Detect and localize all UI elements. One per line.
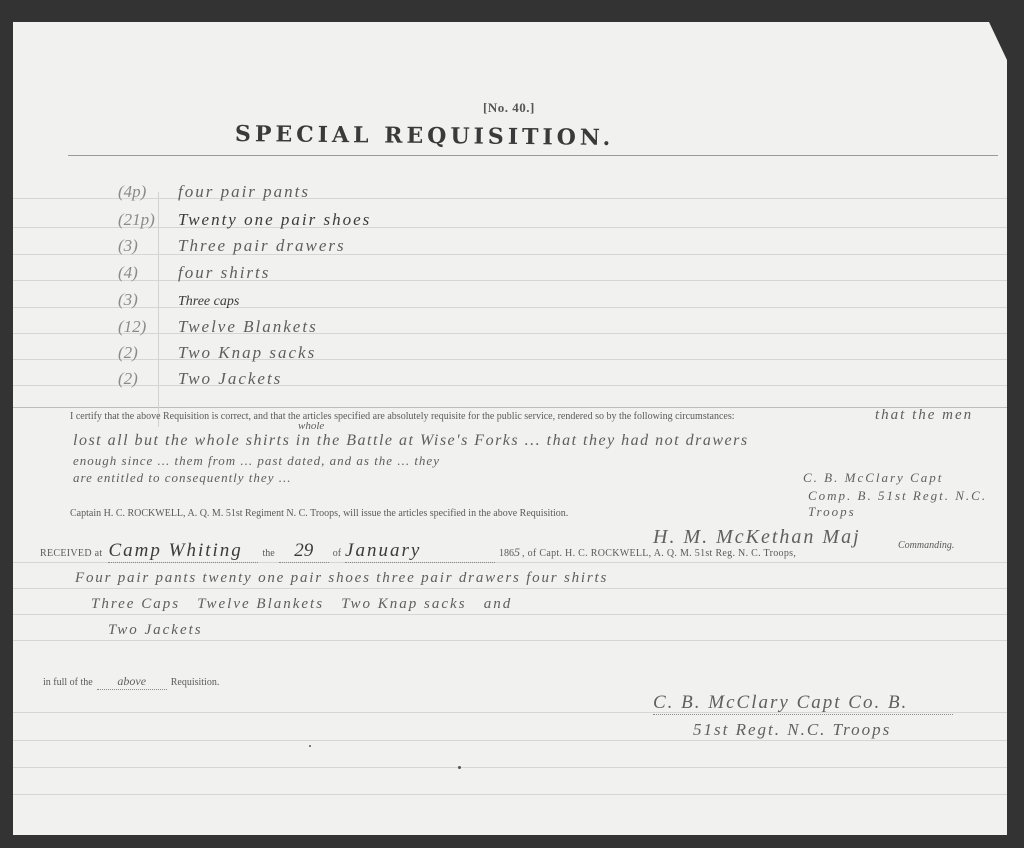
item-description: Twelve Blankets [178, 317, 318, 337]
item-description: Two Jackets [178, 369, 282, 389]
list-item: (4) four shirts [118, 263, 270, 287]
ruled-line [13, 588, 1007, 589]
certifier-unit: Comp. B. 51st Regt. N.C. Troops [808, 488, 1007, 520]
certification-statement: I certify that the above Requisition is … [70, 411, 870, 422]
receipt-day: 29 [279, 540, 329, 563]
issue-order-statement: Captain H. C. ROCKWELL, A. Q. M. 51st Re… [70, 508, 568, 519]
received-at-label: RECEIVED at [40, 548, 102, 559]
item-quantity: (2) [118, 369, 178, 389]
circumstance-line: that the men [875, 407, 973, 424]
received-items-line: Three Caps Twelve Blankets Two Knap sack… [91, 596, 512, 613]
receipt-line: RECEIVED at Camp Whiting the 29 of Janua… [40, 540, 796, 563]
item-quantity: (3) [118, 290, 178, 310]
receiver-signature: C. B. McClary Capt Co. B. [653, 692, 953, 715]
receipt-month: January [345, 540, 495, 563]
list-item: (3) Three caps [118, 290, 239, 314]
item-description: Three pair drawers [178, 236, 346, 256]
item-quantity: (4p) [118, 182, 178, 202]
of-label: of [333, 548, 341, 559]
ruled-line [13, 740, 1007, 741]
list-item: (4p) four pair pants [118, 182, 310, 206]
item-quantity: (3) [118, 236, 178, 256]
inline-insert: whole [298, 420, 324, 432]
list-item: (3) Three pair drawers [118, 236, 346, 260]
certifier-signature: C. B. McClary Capt [803, 470, 943, 486]
received-items-line: Two Jackets [108, 622, 203, 639]
ruled-line [13, 794, 1007, 795]
year-suffix: 5 [514, 545, 520, 560]
item-quantity: (4) [118, 263, 178, 283]
receipt-from: , of Capt. H. C. ROCKWELL, A. Q. M. 51st… [522, 548, 796, 559]
in-full-value: above [97, 674, 167, 690]
commanding-label: Commanding. [898, 540, 954, 551]
circumstance-line: are entitled to consequently they ... [73, 470, 291, 486]
ink-speck [309, 745, 311, 747]
in-full-label: in full of the [43, 677, 93, 688]
ruled-line [13, 407, 1007, 408]
circumstance-line: lost all but the whole shirts in the Bat… [73, 432, 749, 450]
item-description: four pair pants [178, 182, 310, 202]
item-description: Three caps [178, 294, 239, 310]
list-item: (12) Twelve Blankets [118, 317, 318, 341]
list-item: (2) Two Jackets [118, 369, 282, 393]
in-full-line: in full of the above Requisition. [43, 674, 219, 690]
received-items-line: Four pair pants twenty one pair shoes th… [75, 570, 608, 587]
the-label: the [262, 548, 274, 559]
item-description: Twenty one pair shoes [178, 210, 371, 230]
item-quantity: (21p) [118, 210, 178, 230]
title-divider [68, 155, 998, 156]
list-item: (2) Two Knap sacks [118, 343, 316, 367]
item-quantity: (12) [118, 317, 178, 337]
ruled-line [13, 640, 1007, 641]
item-description: four shirts [178, 263, 270, 283]
requisition-label: Requisition. [171, 677, 220, 688]
receiver-unit: 51st Regt. N.C. Troops [693, 720, 891, 740]
ruled-line [13, 767, 1007, 768]
list-item: (21p) Twenty one pair shoes [118, 210, 371, 234]
circumstance-line: enough since ... them from ... past date… [73, 453, 440, 469]
ruled-line [13, 614, 1007, 615]
item-description: Two Knap sacks [178, 343, 316, 363]
requisition-paper: [No. 40.] SPECIAL REQUISITION. (4p) four… [13, 22, 1007, 835]
form-number: [No. 40.] [483, 100, 535, 116]
page-title: SPECIAL REQUISITION. [235, 121, 615, 151]
item-quantity: (2) [118, 343, 178, 363]
year-prefix: 186 [499, 548, 514, 559]
receipt-place: Camp Whiting [108, 540, 258, 563]
ink-speck [458, 766, 461, 769]
